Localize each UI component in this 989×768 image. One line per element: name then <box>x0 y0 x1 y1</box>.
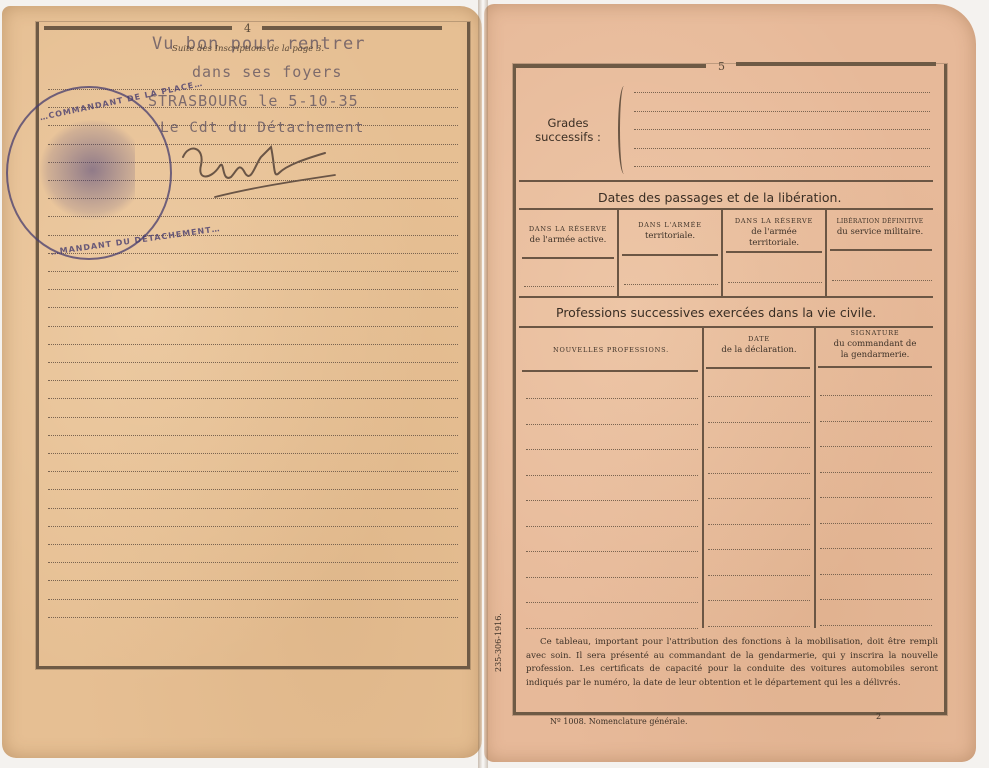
ruled-line <box>48 544 458 545</box>
ruled-line <box>708 396 810 397</box>
typed-line-3: STRASBOURG le 5-10-35 <box>148 92 359 110</box>
dates-col-divider <box>617 210 619 296</box>
ruled-line <box>634 129 930 130</box>
professions-col-header-1: NOUVELLES PROFESSIONS. <box>522 345 700 356</box>
col-caps: SIGNATURE <box>817 328 933 339</box>
col-text: de l'armée territoriale. <box>739 227 809 249</box>
ruled-line <box>526 398 698 399</box>
ruled-line <box>48 617 458 618</box>
dates-header-rule <box>519 208 933 210</box>
ruled-line <box>526 475 698 476</box>
ruled-line <box>526 577 698 578</box>
ruled-line <box>48 435 458 436</box>
professions-subrule <box>522 370 698 372</box>
section-divider <box>519 296 933 298</box>
ruled-line <box>708 447 810 448</box>
right-top-rule <box>516 64 706 68</box>
ruled-line <box>48 508 458 509</box>
ruled-line <box>634 111 930 112</box>
handwritten-signature <box>175 135 345 205</box>
ruled-line <box>48 380 458 381</box>
left-top-rule <box>44 26 232 30</box>
typed-line-2: dans ses foyers <box>192 63 342 81</box>
dates-section-title: Dates des passages et de la libération. <box>598 190 841 205</box>
ruled-line <box>48 471 458 472</box>
dates-col-header-4: LIBÉRATION DÉFINITIVE du service militai… <box>827 216 933 238</box>
ruled-line <box>708 575 810 576</box>
instruction-note: Ce tableau, important pour l'attribution… <box>526 636 938 690</box>
dates-entry-line <box>624 284 718 285</box>
print-code: 235-306-1916. <box>494 613 503 672</box>
col-caps: DANS L'ARMÉE <box>620 220 720 231</box>
ruled-line <box>526 449 698 450</box>
ruled-line <box>526 602 698 603</box>
col-caps: DANS LA RÉSERVE <box>724 216 824 227</box>
professions-subrule <box>818 366 932 368</box>
ruled-line <box>48 562 458 563</box>
ruled-line <box>48 362 458 363</box>
ruled-line <box>708 524 810 525</box>
ruled-line <box>820 395 932 396</box>
dates-col-header-2: DANS L'ARMÉE territoriale. <box>620 220 720 242</box>
col-caps: DANS LA RÉSERVE <box>520 224 616 235</box>
dates-col-divider <box>721 210 723 296</box>
ruled-line <box>708 549 810 550</box>
ruled-line <box>820 446 932 447</box>
professions-col-header-2: DATE de la déclaration. <box>705 334 813 356</box>
ruled-line <box>48 599 458 600</box>
col-text: de la déclaration. <box>705 345 813 356</box>
ruled-line <box>526 424 698 425</box>
ruled-line <box>526 500 698 501</box>
ruled-line <box>708 422 810 423</box>
ruled-line <box>48 307 458 308</box>
right-page-number: 5 <box>718 60 725 73</box>
professions-col-divider <box>702 328 704 628</box>
ruled-line <box>526 628 698 629</box>
section-divider <box>519 180 933 182</box>
ruled-line <box>48 453 458 454</box>
professions-col-header-3: SIGNATURE du commandant de la gendarmeri… <box>817 328 933 361</box>
professions-section-title: Professions successives exercées dans la… <box>556 305 876 320</box>
dates-subrule <box>726 251 822 253</box>
ruled-line <box>48 398 458 399</box>
col-text: du commandant de la gendarmerie. <box>829 339 921 361</box>
ruled-line <box>820 599 932 600</box>
brace <box>618 86 630 174</box>
ruled-line <box>48 489 458 490</box>
right-page-frame <box>513 64 947 715</box>
ruled-line <box>820 421 932 422</box>
ruled-line <box>48 344 458 345</box>
dates-col-header-1: DANS LA RÉSERVE de l'armée active. <box>520 224 616 246</box>
ruled-line <box>708 498 810 499</box>
col-text: de l'armée active. <box>520 235 616 246</box>
typed-line-4: Le Cdt du Détachement <box>160 120 364 136</box>
col-text: territoriale. <box>620 231 720 242</box>
dates-subrule <box>522 257 614 259</box>
col-caps: NOUVELLES PROFESSIONS. <box>522 345 700 356</box>
ruled-line <box>708 626 810 627</box>
grades-label: Grades successifs : <box>528 116 608 144</box>
ruled-line <box>48 580 458 581</box>
ruled-line <box>526 526 698 527</box>
nomenclature-footer: Nº 1008. Nomenclature générale. <box>550 717 688 726</box>
spine <box>478 0 488 768</box>
ruled-line <box>708 600 810 601</box>
ruled-line <box>708 473 810 474</box>
printed-caption: Suite des Inscriptions de la page 3. <box>172 44 324 54</box>
ruled-line <box>820 625 932 626</box>
ruled-line <box>634 148 930 149</box>
ruled-line <box>820 574 932 575</box>
ruled-line <box>820 523 932 524</box>
dates-subrule <box>830 249 932 251</box>
dates-entry-line <box>832 280 932 281</box>
col-caps: DATE <box>705 334 813 345</box>
ruled-line <box>48 289 458 290</box>
ruled-line <box>820 472 932 473</box>
ruled-line <box>634 92 930 93</box>
ruled-line <box>526 551 698 552</box>
ruled-line <box>48 271 458 272</box>
dates-col-header-3: DANS LA RÉSERVE de l'armée territoriale. <box>724 216 824 249</box>
stamp-emblem <box>40 120 135 220</box>
dates-subrule <box>622 254 718 256</box>
ruled-line <box>820 497 932 498</box>
right-top-rule <box>736 62 936 66</box>
ruled-line <box>820 548 932 549</box>
professions-col-divider <box>814 328 816 628</box>
col-caps: LIBÉRATION DÉFINITIVE <box>827 216 933 227</box>
signature-mark: 2 <box>876 712 881 721</box>
left-top-rule <box>262 26 442 30</box>
dates-entry-line <box>524 286 614 287</box>
dates-entry-line <box>728 282 822 283</box>
ruled-line <box>48 417 458 418</box>
ruled-line <box>48 326 458 327</box>
ruled-line <box>48 526 458 527</box>
professions-subrule <box>706 367 810 369</box>
col-text: du service militaire. <box>827 227 933 238</box>
ruled-line <box>634 166 930 167</box>
